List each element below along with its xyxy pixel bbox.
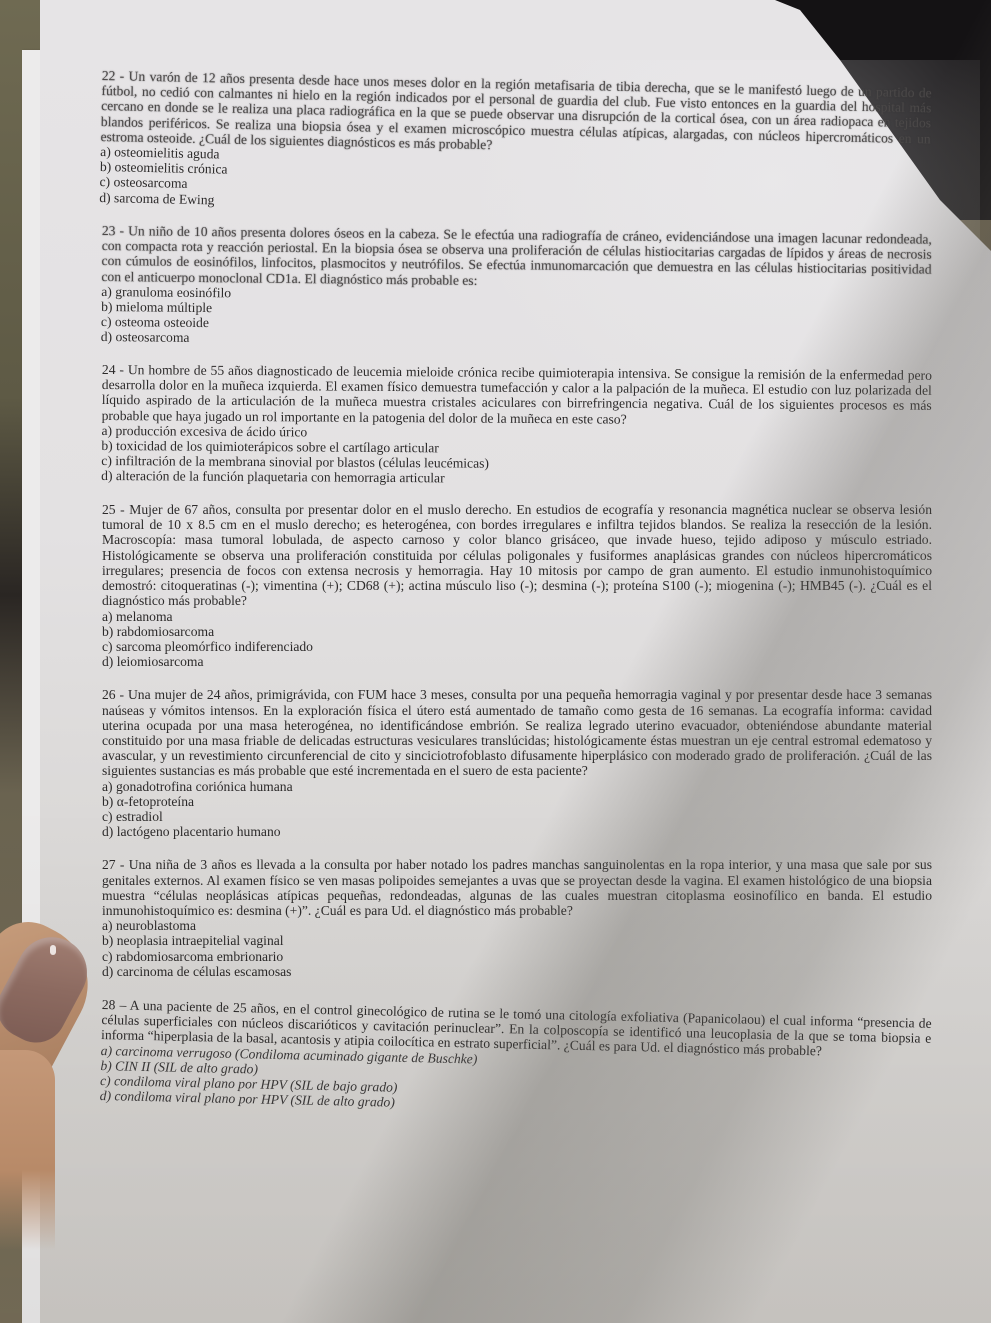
exam-questions: 22 - Un varón de 12 años presenta desde … [102,68,932,1121]
question-text: 24 - Un hombre de 55 años diagnosticado … [102,362,932,429]
option-a: a) melanoma [102,609,932,624]
option-b: b) neoplasia intraepitelial vaginal [102,933,932,948]
option-d: d) carcinoma de células escamosas [102,964,932,979]
question-22: 22 - Un varón de 12 años presenta desde … [99,68,932,222]
question-text: 25 - Mujer de 67 años, consulta por pres… [102,502,932,608]
answer-options: a) neuroblastoma b) neoplasia intraepite… [102,918,932,979]
option-b: b) α-fetoproteína [102,794,932,809]
question-text: 23 - Un niño de 10 años presenta dolores… [101,223,932,293]
option-c: c) sarcoma pleomórfico indiferenciado [102,639,932,654]
option-d: d) leiomiosarcoma [102,654,932,669]
answer-options: a) melanoma b) rabdomiosarcoma c) sarcom… [102,609,932,670]
option-a: a) neuroblastoma [102,918,932,933]
question-25: 25 - Mujer de 67 años, consulta por pres… [102,502,932,669]
question-26: 26 - Una mujer de 24 años, primigrávida,… [102,687,932,839]
answer-options: a) gonadotrofina coriónica humana b) α-f… [102,779,932,840]
option-c: c) rabdomiosarcoma embrionario [102,949,932,964]
answer-options: a) granuloma eosinófilo b) mieloma múlti… [101,284,932,354]
option-b: b) rabdomiosarcoma [102,624,932,639]
nail-highlight [50,945,56,955]
question-27: 27 - Una niña de 3 años es llevada a la … [102,857,932,979]
option-c: c) estradiol [102,809,932,824]
question-28: 28 – A una paciente de 25 años, en el co… [100,997,932,1122]
option-a: a) gonadotrofina coriónica humana [102,779,932,794]
hand-edge [0,1050,55,1250]
question-23: 23 - Un niño de 10 años presenta dolores… [101,223,932,353]
question-text: 27 - Una niña de 3 años es llevada a la … [102,857,932,918]
question-24: 24 - Un hombre de 55 años diagnosticado … [101,362,932,489]
answer-options: a) producción excesiva de ácido úrico b)… [101,423,931,490]
option-d: d) lactógeno placentario humano [102,824,932,839]
question-text: 26 - Una mujer de 24 años, primigrávida,… [102,687,932,778]
